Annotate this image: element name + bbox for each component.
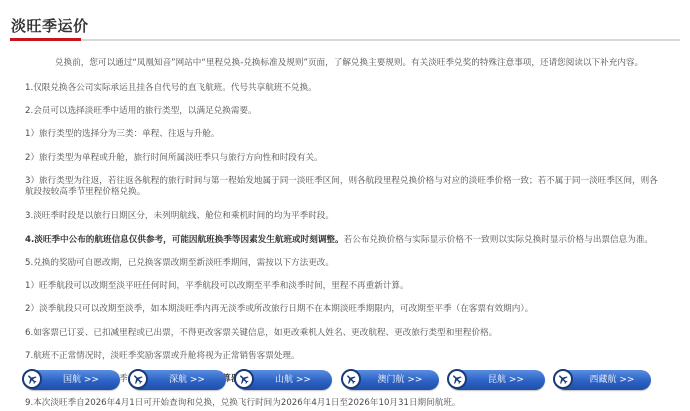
rule-2-2: 2）旅行类型为单程或升舱，旅行时间所属淡旺季只与旅行方向性和时段有关。 xyxy=(25,153,323,164)
airline-button-label: 昆航 >> xyxy=(471,370,541,390)
airplane-icon xyxy=(128,369,148,389)
airline-button-label: 深航 >> xyxy=(152,370,222,390)
rule-5-1: 1）旺季航段可以改期至淡平旺任何时间，平季航段可以改期至平季和淡季时间，里程不再… xyxy=(25,281,409,292)
airplane-icon xyxy=(341,369,361,389)
rule-5-2: 2）淡季航段只可以改期至淡季，如本期淡旺季内再无淡季或所改旅行日期不在本期淡旺季… xyxy=(25,304,533,315)
airline-button-shandong[interactable]: 山航 >> xyxy=(236,370,332,390)
airline-button-label: 国航 >> xyxy=(46,370,116,390)
airline-button-tibet[interactable]: 西藏航 >> xyxy=(555,370,651,390)
intro-paragraph: 兑换前，您可以通过“凤凰知音”网站中“里程兑换-兑换标准及规则”页面，了解兑换主… xyxy=(55,58,643,69)
airline-button-label: 澳门航 >> xyxy=(365,370,435,390)
airline-button-row: 国航 >> 深航 >> 山航 >> 澳门航 >> 昆航 >> 西藏航 >> xyxy=(24,370,684,392)
airplane-icon xyxy=(234,369,254,389)
rule-4: 4.淡旺季中公布的航班信息仅供参考，可能因航班换季等因素发生航班或时刻调整。若公… xyxy=(25,235,653,246)
airplane-icon xyxy=(553,369,573,389)
rule-4-emphasis: 4.淡旺季中公布的航班信息仅供参考，可能因航班换季等因素发生航班或时刻调整。 xyxy=(25,235,344,245)
airline-button-air-china[interactable]: 国航 >> xyxy=(24,370,120,390)
airline-button-shenzhen[interactable]: 深航 >> xyxy=(130,370,226,390)
rule-6: 6.如客票已订妥、已扣减里程或已出票，不得更改客票关键信息，如更改乘机人姓名、更… xyxy=(25,328,497,339)
rule-1: 1.仅限兑换各公司实际承运且挂各自代号的直飞航班。代号共享航班不兑换。 xyxy=(25,83,317,94)
rule-2-3: 3）旅行类型为往返，若往返各航程的旅行时间与第一程始发地属于同一淡旺季区间，则各… xyxy=(25,176,665,198)
header-accent-bar xyxy=(10,38,81,41)
rule-2-1: 1）旅行类型的选择分为三类：单程、往返与升舱。 xyxy=(25,129,220,140)
rule-9: 9.本次淡旺季自2026年4月1日可开始查询和兑换，兑换飞行时间为2026年4月… xyxy=(25,398,461,409)
airline-button-air-macau[interactable]: 澳门航 >> xyxy=(343,370,439,390)
rule-7: 7.航班不正常情况时，淡旺季奖励客票或升舱将视为正常销售客票处理。 xyxy=(25,351,300,362)
section-header: 淡旺季运价 xyxy=(10,16,680,42)
page-title: 淡旺季运价 xyxy=(11,16,89,36)
rule-3: 3.淡旺季时段是以旅行日期区分，未列明航线、舱位和乘机时间的均为平季时段。 xyxy=(25,211,334,222)
airline-button-label: 西藏航 >> xyxy=(577,370,647,390)
rule-2: 2.会员可以选择淡旺季中适用的旅行类型，以满足兑换需要。 xyxy=(25,106,257,117)
airline-button-label: 山航 >> xyxy=(258,370,328,390)
airplane-icon xyxy=(447,369,467,389)
rule-5: 5.兑换的奖励可自愿改期，已兑换客票改期至新淡旺季期间，需按以下方法更改。 xyxy=(25,258,334,269)
rule-4-rest: 若公布兑换价格与实际显示价格不一致则以实际兑换时显示价格与出票信息为准。 xyxy=(344,235,653,245)
airplane-icon xyxy=(22,369,42,389)
header-divider xyxy=(10,39,680,41)
airline-button-kunming[interactable]: 昆航 >> xyxy=(449,370,545,390)
